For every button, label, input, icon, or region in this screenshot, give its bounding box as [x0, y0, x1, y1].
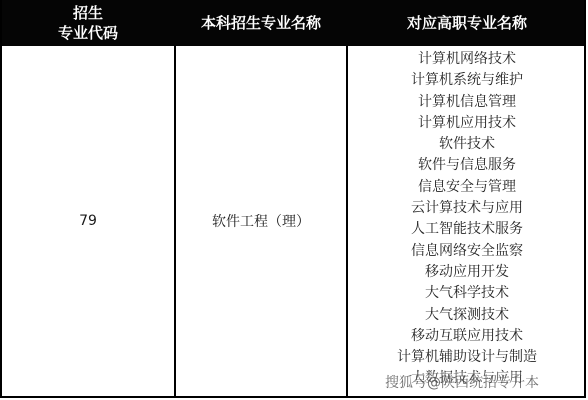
- table-header: 招生 专业代码 本科招生专业名称 对应高职专业名称: [2, 0, 584, 46]
- list-item: 软件技术: [439, 134, 495, 155]
- list-item: 软件与信息服务: [418, 155, 516, 176]
- list-item: 大气探测技术: [425, 305, 509, 326]
- header-code-line1: 招生: [73, 3, 103, 23]
- list-item: 云计算技术与应用: [411, 198, 523, 219]
- list-item: 人工智能技术服务: [411, 219, 523, 240]
- list-item: 计算机网络技术: [418, 49, 516, 70]
- header-vocational-majors: 对应高职专业名称: [348, 0, 586, 46]
- major-mapping-table: 招生 专业代码 本科招生专业名称 对应高职专业名称 79 软件工程（理） 计算机…: [0, 0, 586, 398]
- list-item: 信息安全与管理: [418, 177, 516, 198]
- list-item: 信息网络安全监察: [411, 241, 523, 262]
- list-item: 计算机系统与维护: [411, 70, 523, 91]
- watermark: 搜狐号@陕西统招专升本: [385, 372, 539, 392]
- header-code-line2: 专业代码: [58, 23, 118, 43]
- list-item: 移动互联应用技术: [411, 326, 523, 347]
- list-item: 计算机应用技术: [418, 113, 516, 134]
- list-item: 移动应用开发: [425, 262, 509, 283]
- vocational-majors-list: 计算机网络技术 计算机系统与维护 计算机信息管理 计算机应用技术 软件技术 软件…: [348, 46, 586, 390]
- list-item: 计算机辅助设计与制造: [397, 347, 537, 368]
- list-item: 大气科学技术: [425, 283, 509, 304]
- cell-major-code: 79: [2, 46, 174, 396]
- header-major-code: 招生 专业代码: [2, 0, 174, 46]
- cell-undergrad-major: 软件工程（理）: [176, 46, 346, 396]
- list-item: 计算机信息管理: [418, 92, 516, 113]
- header-undergrad-major: 本科招生专业名称: [176, 0, 346, 46]
